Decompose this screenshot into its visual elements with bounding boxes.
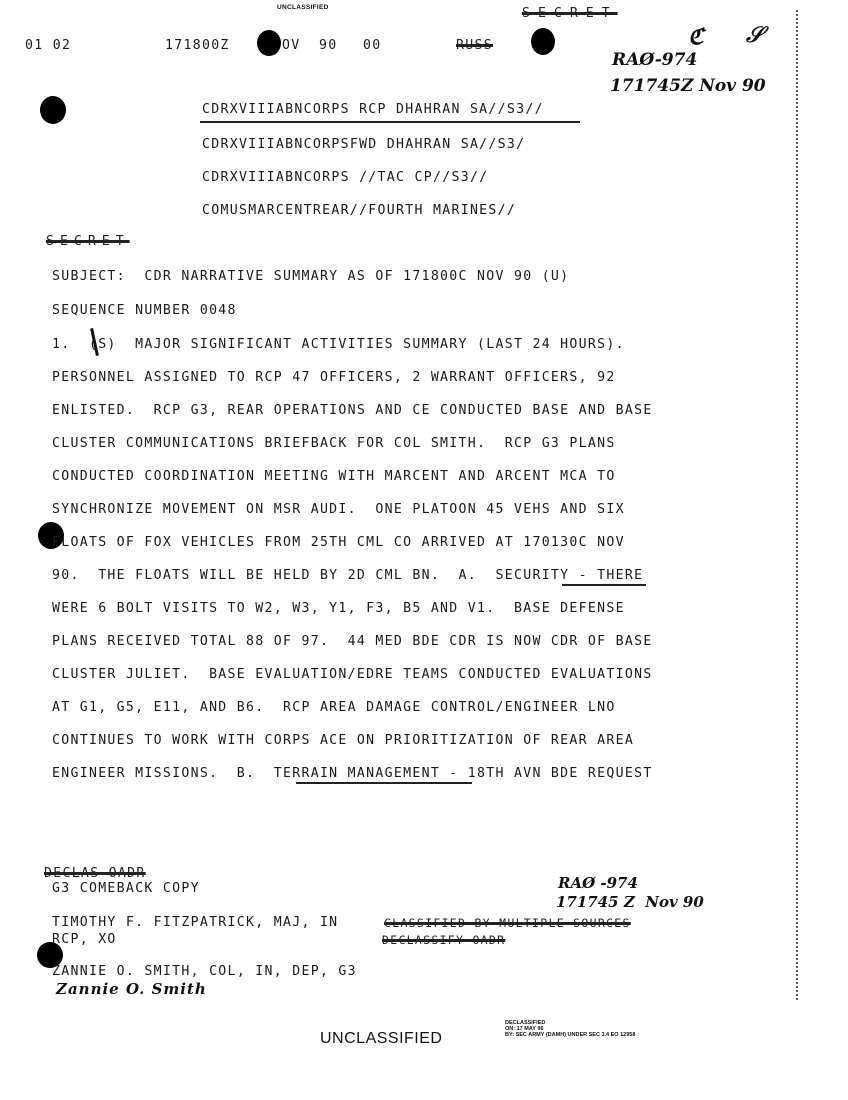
header-struck-classification: SECRET <box>522 6 618 21</box>
body-line-5: CONDUCTED COORDINATION MEETING WITH MARC… <box>52 469 616 484</box>
handwritten-dtg-bottom: 171745 Z Nov 90 <box>556 893 704 911</box>
drafter-line-1: TIMOTHY F. FITZPATRICK, MAJ, IN <box>52 915 338 930</box>
scan-edge-artifact <box>796 10 800 1000</box>
sequence-number: SEQUENCE NUMBER 0048 <box>52 303 237 318</box>
addressee-2: CDRXVIIIABNCORPSFWD DHAHRAN SA//S3/ <box>202 137 525 152</box>
punch-hole-top-2 <box>531 28 555 55</box>
addressee-underline <box>200 121 580 123</box>
subject-line: SUBJECT: CDR NARRATIVE SUMMARY AS OF 171… <box>52 269 569 284</box>
struck-classified-by: CLASSIFIED BY MULTIPLE SOURCES <box>384 916 631 930</box>
header-dtg: 171800Z <box>165 38 230 53</box>
body-line-14: ENGINEER MISSIONS. B. TERRAIN MANAGEMENT… <box>52 766 653 781</box>
body-line-7: FLOATS OF FOX VEHICLES FROM 25TH CML CO … <box>52 535 625 550</box>
addressee-3: CDRXVIIIABNCORPS //TAC CP//S3// <box>202 170 488 185</box>
struck-declassify-on: DECLASSIFY OADR <box>382 933 505 947</box>
addressee-1: CDRXVIIIABNCORPS RCP DHAHRAN SA//S3// <box>202 102 544 117</box>
body-line-13: CONTINUES TO WORK WITH CORPS ACE ON PRIO… <box>52 733 634 748</box>
struck-classification-mid: SECRET <box>46 234 130 249</box>
classification-bottom: UNCLASSIFIED <box>320 1030 442 1048</box>
body-line-3: ENLISTED. RCP G3, REAR OPERATIONS AND CE… <box>52 403 653 418</box>
body-line-12: AT G1, G5, E11, AND B6. RCP AREA DAMAGE … <box>52 700 616 715</box>
struck-declas-oadr: DECLAS OADR <box>44 866 146 881</box>
body-line-11: CLUSTER JULIET. BASE EVALUATION/EDRE TEA… <box>52 667 653 682</box>
body-line-4: CLUSTER COMMUNICATIONS BRIEFBACK FOR COL… <box>52 436 616 451</box>
body-line-1: 1. (S) MAJOR SIGNIFICANT ACTIVITIES SUMM… <box>52 337 625 352</box>
handwritten-initial-1: ℭ <box>688 24 703 50</box>
body-line-6: SYNCHRONIZE MOVEMENT ON MSR AUDI. ONE PL… <box>52 502 625 517</box>
header-field: 00 <box>363 38 381 53</box>
body-line-8: 90. THE FLOATS WILL BE HELD BY 2D CML BN… <box>52 568 643 583</box>
copy-note: G3 COMEBACK COPY <box>52 881 200 896</box>
classification-top: UNCLASSIFIED <box>277 4 329 11</box>
header-month-year: OV 90 <box>282 38 337 53</box>
addressee-4: COMUSMARCENTREAR//FOURTH MARINES// <box>202 203 516 218</box>
body-line-9: WERE 6 BOLT VISITS TO W2, W3, Y1, F3, B5… <box>52 601 625 616</box>
releaser-line: ZANNIE O. SMITH, COL, IN, DEP, G3 <box>52 964 357 979</box>
punch-hole-top-1 <box>257 30 281 56</box>
underline-security <box>562 584 646 586</box>
punch-hole-left-top <box>40 96 66 124</box>
body-line-10: PLANS RECEIVED TOTAL 88 OF 97. 44 MED BD… <box>52 634 653 649</box>
releaser-signature: Zannie O. Smith <box>56 980 207 998</box>
declass-stamp-line-3: BY: SEC ARMY (DAMH) UNDER SEC 3.4 EO 129… <box>505 1032 635 1038</box>
handwritten-ref-bottom: RAØ -974 <box>558 874 638 892</box>
handwritten-ref-top: RAØ-974 <box>612 50 697 70</box>
underline-terrain-management <box>296 782 472 784</box>
body-line-2: PERSONNEL ASSIGNED TO RCP 47 OFFICERS, 2… <box>52 370 616 385</box>
handwritten-initial-2: 𝒮 <box>746 22 763 48</box>
header-line-number: 01 02 <box>25 38 71 53</box>
handwritten-dtg-top: 171745Z Nov 90 <box>610 76 766 96</box>
header-struck-marking: RUSS <box>456 38 493 53</box>
drafter-line-2: RCP, XO <box>52 932 117 947</box>
